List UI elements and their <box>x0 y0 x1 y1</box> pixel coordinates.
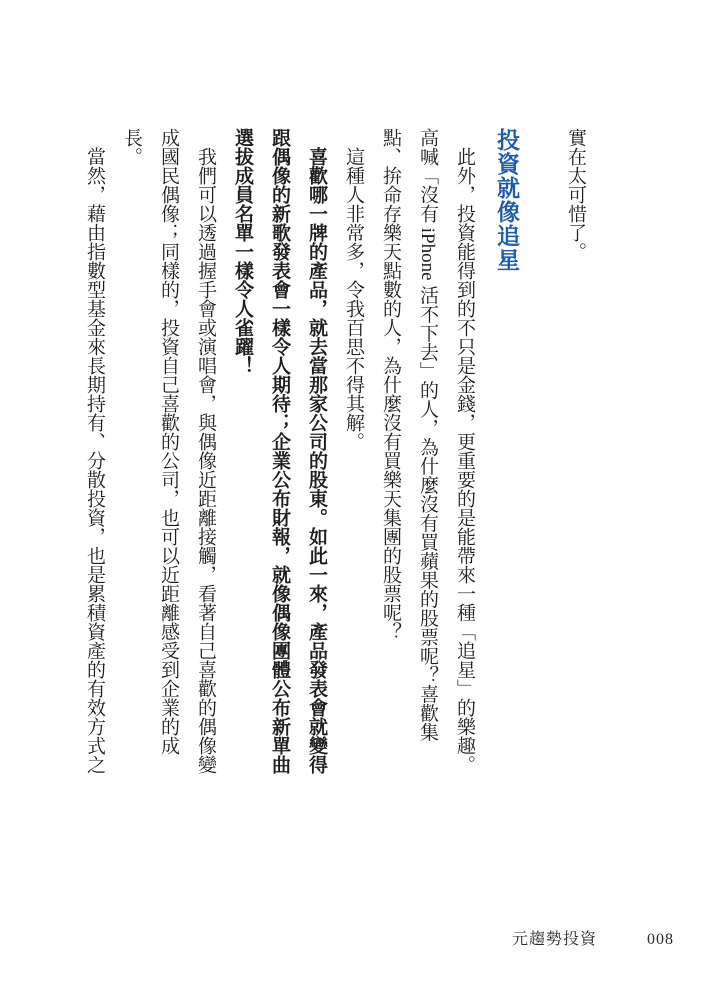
paragraph: 當然，藉由指數型基金來長期持有、分散投資，也是累積資產的有效方式之 <box>76 128 113 778</box>
paragraph: 此外，投資能得到的不只是金錢，更重要的是能帶來一種「追星」的樂趣。高喊「沒有 i… <box>372 128 483 778</box>
paragraph-continuation: 實在太可惜了。 <box>557 128 594 778</box>
page-footer: 元趨勢投資 008 <box>512 926 674 949</box>
section-heading: 投資就像追星 <box>487 128 527 778</box>
paragraph-bold: 喜歡哪一牌的產品，就去當那家公司的股東。如此一來，產品發表會就變得跟偶像的新歌發… <box>224 128 335 778</box>
page-number: 008 <box>647 931 674 949</box>
paragraph: 我們可以透過握手會或演唱會，與偶像近距離接觸，看著自己喜歡的偶像變成國民偶像；同… <box>113 128 224 778</box>
book-page: 實在太可惜了。 投資就像追星 此外，投資能得到的不只是金錢，更重要的是能帶來一種… <box>0 0 711 1000</box>
vertical-text-area: 實在太可惜了。 投資就像追星 此外，投資能得到的不只是金錢，更重要的是能帶來一種… <box>76 128 594 778</box>
paragraph: 這種人非常多，令我百思不得其解。 <box>335 128 372 778</box>
book-title: 元趨勢投資 <box>512 926 597 949</box>
